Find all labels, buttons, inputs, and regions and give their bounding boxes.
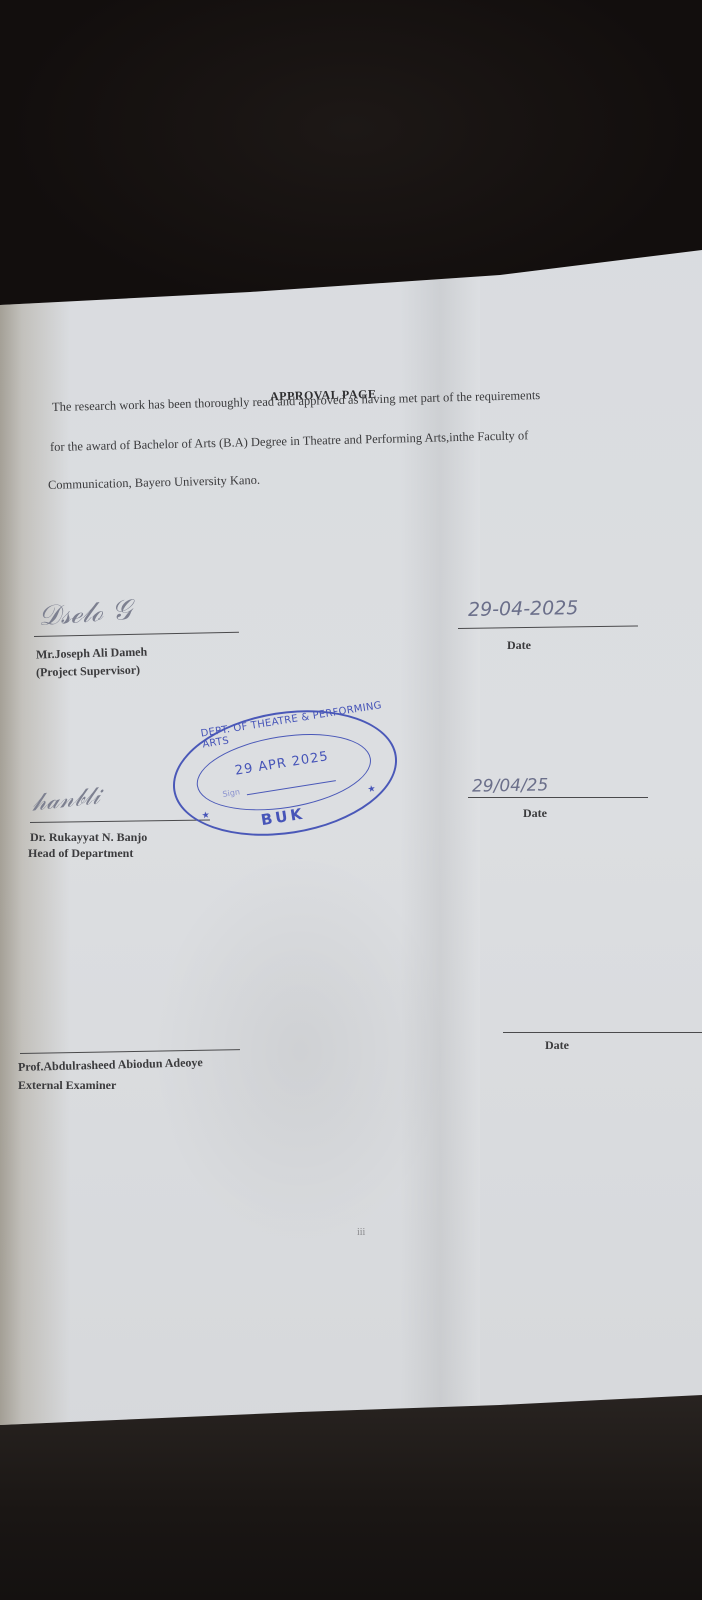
supervisor-signature-line [34, 632, 239, 637]
hod-name: Dr. Rukayyat N. Banjo [30, 830, 147, 845]
department-stamp: DEPT. OF THEATRE & PERFORMING ARTS 29 AP… [164, 695, 406, 851]
approval-paragraph-line-2: for the award of Bachelor of Arts (B.A) … [50, 428, 529, 455]
hod-signature-line [30, 819, 210, 823]
examiner-role: External Examiner [18, 1078, 116, 1093]
hod-handwritten-date: 29/04/25 [472, 775, 549, 796]
approval-paragraph-line-3: Communication, Bayero University Kano. [48, 473, 260, 493]
hod-date-line [468, 797, 648, 798]
hod-role: Head of Department [28, 846, 133, 861]
supervisor-name: Mr.Joseph Ali Dameh [36, 645, 148, 663]
hod-signature: 𝒽𝒶𝓃𝒷𝓁𝒾 [31, 782, 101, 817]
supervisor-date-line [458, 625, 638, 629]
supervisor-role: (Project Supervisor) [36, 663, 140, 681]
supervisor-date-label: Date [507, 638, 531, 653]
stamp-star-left-icon: ★ [201, 810, 211, 821]
supervisor-signature: 𝒟𝓈ℯ𝓁ℴ 𝒢 [37, 593, 133, 633]
supervisor-handwritten-date: 29-04-2025 [468, 597, 579, 621]
hod-date-label: Date [523, 806, 547, 821]
examiner-date-label: Date [545, 1038, 569, 1053]
stamp-star-right-icon: ★ [367, 784, 377, 795]
examiner-date-line [503, 1032, 702, 1033]
page-number: iii [357, 1227, 365, 1238]
